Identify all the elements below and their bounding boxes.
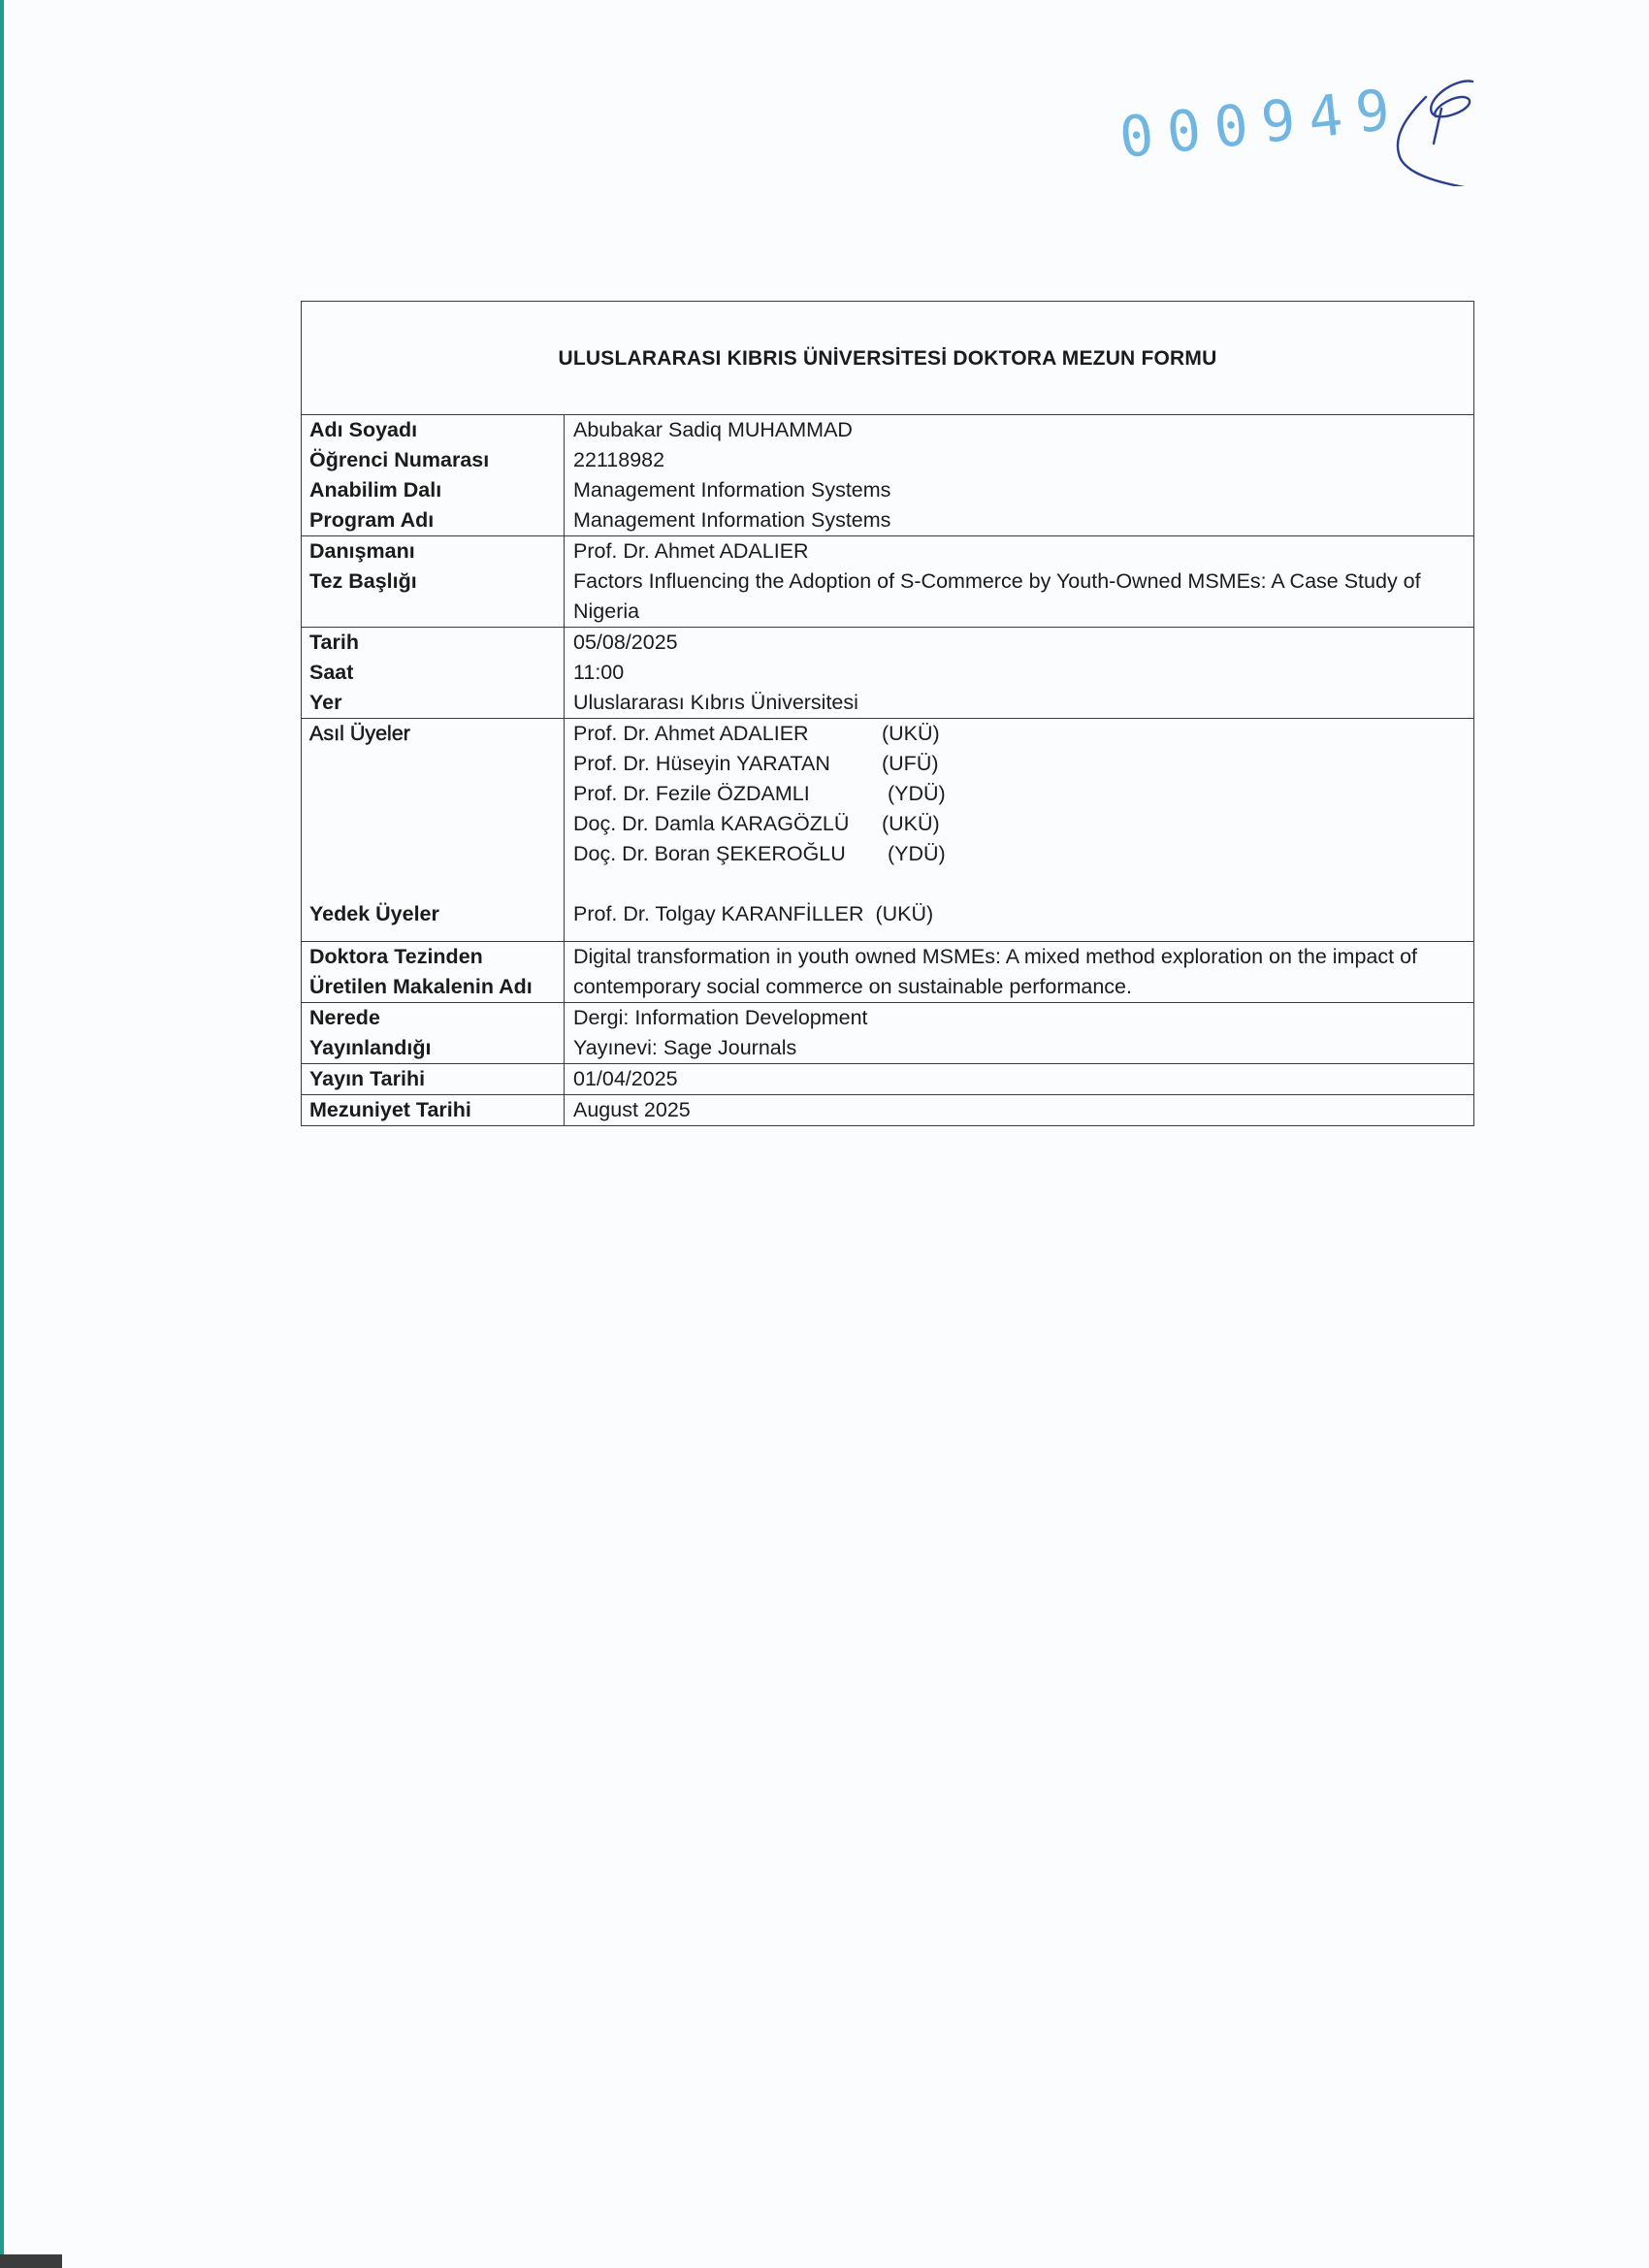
defense-time: 11:00 <box>573 658 1466 688</box>
scan-edge-stripe <box>0 0 4 2268</box>
member-affiliation: (UKÜ) <box>882 809 940 839</box>
member-name: Prof. Dr. Hüseyin YARATAN <box>573 749 882 779</box>
thesis-values: Prof. Dr. Ahmet ADALIER Factors Influenc… <box>565 536 1474 628</box>
student-labels: Adı Soyadı Öğrenci Numarası Anabilim Dal… <box>302 415 565 536</box>
label-article-2: Üretilen Makalenin Adı <box>309 972 556 1002</box>
defense-date: 05/08/2025 <box>573 628 1466 658</box>
publication-date: 01/04/2025 <box>565 1064 1474 1095</box>
table-row-thesis: Danışmanı Tez Başlığı Prof. Dr. Ahmet AD… <box>302 536 1474 628</box>
member-affiliation: (YDÜ) <box>882 779 946 809</box>
published-labels: Nerede Yayınlandığı <box>302 1003 565 1064</box>
member-name: Doç. Dr. Damla KARAGÖZLÜ <box>573 809 882 839</box>
article-value: Digital transformation in youth owned MS… <box>565 942 1474 1003</box>
student-values: Abubakar Sadiq MUHAMMAD 22118982 Managem… <box>565 415 1474 536</box>
label-program: Program Adı <box>309 505 556 535</box>
member-name: Prof. Dr. Fezile ÖZDAMLI <box>573 779 882 809</box>
label-article-1: Doktora Tezinden <box>309 942 556 972</box>
graduation-date: August 2025 <box>565 1095 1474 1126</box>
committee-member: Prof. Dr. Ahmet ADALIER (UKÜ) <box>573 719 1466 749</box>
article-title: Digital transformation in youth owned MS… <box>573 942 1466 1002</box>
article-labels: Doktora Tezinden Üretilen Makalenin Adı <box>302 942 565 1003</box>
table-row-published-where: Nerede Yayınlandığı Dergi: Information D… <box>302 1003 1474 1064</box>
label-substitute-members: Yedek Üyeler <box>309 899 556 929</box>
member-affiliation: (UKÜ) <box>882 719 940 749</box>
committee-member: Prof. Dr. Fezile ÖZDAMLI (YDÜ) <box>573 779 1466 809</box>
member-name: Prof. Dr. Ahmet ADALIER <box>573 719 882 749</box>
program: Management Information Systems <box>573 505 1466 535</box>
table-row-committee: Asıl Üyeler Yedek Üyeler Prof. Dr. Ahmet… <box>302 719 1474 942</box>
committee-labels: Asıl Üyeler Yedek Üyeler <box>302 719 565 942</box>
defense-place: Uluslararası Kıbrıs Üniversitesi <box>573 688 1466 718</box>
student-number: 22118982 <box>573 445 1466 475</box>
label-publication-date: Yayın Tarihi <box>302 1064 565 1095</box>
label-place: Yer <box>309 688 556 718</box>
label-graduation-date: Mezuniyet Tarihi <box>302 1095 565 1126</box>
signature-icon <box>1387 70 1484 186</box>
department: Management Information Systems <box>573 475 1466 505</box>
label-main-members: Asıl Üyeler <box>309 719 556 749</box>
member-affiliation: (YDÜ) <box>882 839 946 869</box>
label-department: Anabilim Dalı <box>309 475 556 505</box>
label-where-2: Yayınlandığı <box>309 1033 556 1063</box>
journal: Dergi: Information Development <box>573 1003 1466 1033</box>
scan-corner-shadow <box>0 2254 62 2268</box>
label-where-1: Nerede <box>309 1003 556 1033</box>
thesis-labels: Danışmanı Tez Başlığı <box>302 536 565 628</box>
member-affiliation: (UFÜ) <box>882 749 939 779</box>
table-row-article: Doktora Tezinden Üretilen Makalenin Adı … <box>302 942 1474 1003</box>
advisor: Prof. Dr. Ahmet ADALIER <box>573 536 1466 567</box>
committee-member: Doç. Dr. Damla KARAGÖZLÜ (UKÜ) <box>573 809 1466 839</box>
label-thesis-title: Tez Başlığı <box>309 567 556 597</box>
label-advisor: Danışmanı <box>309 536 556 567</box>
student-name: Abubakar Sadiq MUHAMMAD <box>573 415 1466 445</box>
table-row-publication-date: Yayın Tarihi 01/04/2025 <box>302 1064 1474 1095</box>
member-name: Doç. Dr. Boran ŞEKEROĞLU <box>573 839 882 869</box>
table-row-graduation-date: Mezuniyet Tarihi August 2025 <box>302 1095 1474 1126</box>
substitute-member: Prof. Dr. Tolgay KARANFİLLER (UKÜ) <box>573 899 1466 929</box>
thesis-title: Factors Influencing the Adoption of S-Co… <box>573 567 1466 627</box>
table-row-defense: Tarih Saat Yer 05/08/2025 11:00 Uluslara… <box>302 628 1474 719</box>
form-title: ULUSLARARASI KIBRIS ÜNİVERSİTESİ DOKTORA… <box>302 302 1474 415</box>
label-time: Saat <box>309 658 556 688</box>
document-number-stamp: 000949 <box>1116 76 1406 171</box>
label-student-number: Öğrenci Numarası <box>309 445 556 475</box>
committee-member: Prof. Dr. Hüseyin YARATAN (UFÜ) <box>573 749 1466 779</box>
committee-member: Doç. Dr. Boran ŞEKEROĞLU (YDÜ) <box>573 839 1466 869</box>
committee-values: Prof. Dr. Ahmet ADALIER (UKÜ) Prof. Dr. … <box>565 719 1474 942</box>
defense-labels: Tarih Saat Yer <box>302 628 565 719</box>
table-row-student: Adı Soyadı Öğrenci Numarası Anabilim Dal… <box>302 415 1474 536</box>
publisher: Yayınevi: Sage Journals <box>573 1033 1466 1063</box>
label-date: Tarih <box>309 628 556 658</box>
defense-values: 05/08/2025 11:00 Uluslararası Kıbrıs Üni… <box>565 628 1474 719</box>
published-values: Dergi: Information Development Yayınevi:… <box>565 1003 1474 1064</box>
label-name: Adı Soyadı <box>309 415 556 445</box>
graduate-form-table: ULUSLARARASI KIBRIS ÜNİVERSİTESİ DOKTORA… <box>301 301 1474 1126</box>
